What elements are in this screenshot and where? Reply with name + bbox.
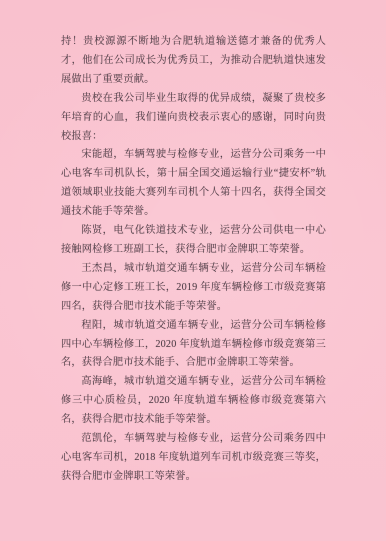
letter-paragraph: 持！贵校源源不断地为合肥轨道输送德才兼备的优秀人才，他们在公司成长为优秀员工，为… <box>61 33 326 90</box>
letter-body-text: 持！贵校源源不断地为合肥轨道输送德才兼备的优秀人才，他们在公司成长为优秀员工，为… <box>61 33 326 487</box>
letter-paragraph: 宋能超，车辆驾驶与检修专业，运营分公司乘务一中心电客车司机队长，第十届全国交通运… <box>61 146 326 222</box>
letter-paragraph: 王杰昌，城市轨道交通车辆专业，运营分公司车辆检修一中心定修工班工长，2019 年… <box>61 260 326 317</box>
letter-paragraph: 高海峰，城市轨道交通车辆专业，运营分公司车辆检修三中心质检员，2020 年度轨道… <box>61 373 326 430</box>
letter-paragraph: 程阳，城市轨道交通车辆专业，运营分公司车辆检修四中心车辆检修工，2020 年度轨… <box>61 317 326 374</box>
letter-page: 持！贵校源源不断地为合肥轨道输送德才兼备的优秀人才，他们在公司成长为优秀员工，为… <box>0 0 386 541</box>
letter-paragraph: 范凯伦，车辆驾驶与检修专业，运营分公司乘务四中心电客车司机，2018 年度轨道列… <box>61 430 326 487</box>
letter-paragraph: 贵校在我公司毕业生取得的优异成绩，凝聚了贵校多年培育的心血，我们谨向贵校表示衷心… <box>61 90 326 147</box>
letter-paragraph: 陈贤，电气化铁道技术专业，运营分公司供电一中心接触网检修工班副工长，获得合肥市金… <box>61 222 326 260</box>
